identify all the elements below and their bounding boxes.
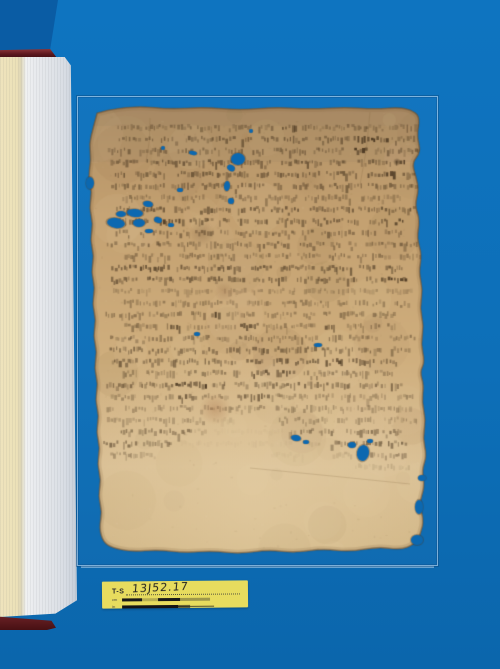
scale-bar-in: [122, 604, 214, 608]
digitized-manuscript-photo: { "label": { "classmark_prefix": "T-S", …: [0, 0, 500, 669]
scale-unit-cm: cm: [112, 598, 117, 602]
classmark-label: T-S 13J52.17 cm in: [102, 580, 248, 608]
manuscript-fragment: [0, 0, 500, 669]
classmark-row: T-S 13J52.17: [112, 584, 240, 595]
classmark-number: 13J52.17: [131, 580, 189, 596]
scale-row-cm: cm: [112, 596, 240, 602]
scale-unit-in: in: [112, 605, 117, 609]
scale-bar-cm: [122, 598, 210, 602]
classmark-prefix: T-S: [112, 588, 124, 595]
